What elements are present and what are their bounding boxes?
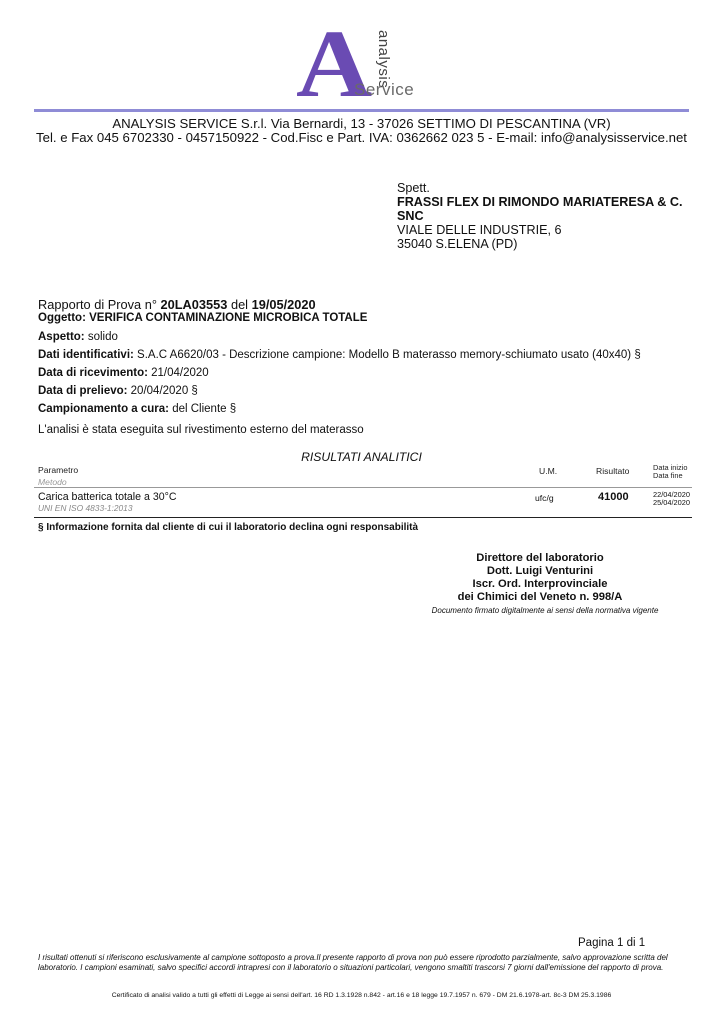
header-divider xyxy=(34,109,689,112)
col-header-risultato: Risultato xyxy=(596,466,629,476)
col-header-dates: Data inizio Data fine xyxy=(653,464,688,480)
analysis-note: L'analisi è stata eseguita sul rivestime… xyxy=(38,424,364,436)
logo-word-service: Service xyxy=(354,80,414,100)
col-header-metodo: Metodo xyxy=(38,477,67,487)
cell-metodo: UNI EN ISO 4833-1:2013 xyxy=(38,503,133,513)
field-label: Data di prelievo: xyxy=(38,385,127,397)
report-title: Rapporto di Prova n° 20LA03553 del 19/05… xyxy=(38,297,316,312)
client-info-footnote: § Informazione fornita dal cliente di cu… xyxy=(38,522,418,533)
field-value: 21/04/2020 xyxy=(148,367,209,379)
cell-risultato: 41000 xyxy=(598,491,629,503)
signature-name: Dott. Luigi Venturini xyxy=(400,565,680,578)
field-value: S.A.C A6620/03 - Descrizione campione: M… xyxy=(134,349,641,361)
report-prefix: Rapporto di Prova n° xyxy=(38,297,161,312)
field-label: Data di ricevimento: xyxy=(38,367,148,379)
field-value: 20/04/2020 § xyxy=(127,385,197,397)
signature-registration: Iscr. Ord. Interprovinciale xyxy=(400,578,680,591)
page-number: Pagina 1 di 1 xyxy=(578,937,645,949)
recipient-name: FRASSI FLEX DI RIMONDO MARIATERESA & C. xyxy=(397,195,682,209)
field-value: solido xyxy=(85,331,118,343)
signature-role: Direttore del laboratorio xyxy=(400,552,680,565)
recipient-salutation: Spett. xyxy=(397,181,682,195)
col-header-data-fine: Data fine xyxy=(653,472,688,480)
field-label: Dati identificativi: xyxy=(38,349,134,361)
field-value: VERIFICA CONTAMINAZIONE MICROBICA TOTALE xyxy=(86,312,368,324)
recipient-name-cont: SNC xyxy=(397,209,682,223)
certificate-legal-note: Certificato di analisi valido a tutti gl… xyxy=(0,992,723,999)
results-title: RISULTATI ANALITICI xyxy=(0,450,723,464)
field-oggetto: Oggetto: VERIFICA CONTAMINAZIONE MICROBI… xyxy=(38,311,367,325)
digital-signature-note: Documento firmato digitalmente ai sensi … xyxy=(400,606,690,615)
disclaimer-text: I risultati ottenuti si riferiscono escl… xyxy=(38,953,690,973)
field-value: del Cliente § xyxy=(169,403,236,415)
col-header-um: U.M. xyxy=(539,466,557,476)
col-header-parametro: Parametro xyxy=(38,465,78,475)
company-contacts: Tel. e Fax 045 6702330 - 0457150922 - Co… xyxy=(0,130,723,145)
report-del: del xyxy=(227,297,251,312)
signature-registration-cont: dei Chimici del Veneto n. 998/A xyxy=(400,591,680,604)
recipient-city: 35040 S.ELENA (PD) xyxy=(397,237,682,251)
field-label: Aspetto: xyxy=(38,331,85,343)
cell-dates: 22/04/2020 25/04/2020 xyxy=(653,491,690,507)
field-aspetto: Aspetto: solido xyxy=(38,330,118,344)
report-number: 20LA03553 xyxy=(161,297,228,312)
recipient-street: VIALE DELLE INDUSTRIE, 6 xyxy=(397,223,682,237)
table-bottom-divider xyxy=(34,517,692,518)
field-campionamento: Campionamento a cura: del Cliente § xyxy=(38,402,236,416)
cell-parametro: Carica batterica totale a 30°C xyxy=(38,491,177,503)
company-address: ANALYSIS SERVICE S.r.l. Via Bernardi, 13… xyxy=(0,116,723,131)
company-logo: A analysis Service xyxy=(296,24,426,104)
signature-block: Direttore del laboratorio Dott. Luigi Ve… xyxy=(400,552,680,604)
report-date: 19/05/2020 xyxy=(252,297,316,312)
field-label: Campionamento a cura: xyxy=(38,403,169,415)
cell-um: ufc/g xyxy=(535,493,554,503)
field-dati-identificativi: Dati identificativi: S.A.C A6620/03 - De… xyxy=(38,348,641,362)
field-data-prelievo: Data di prelievo: 20/04/2020 § xyxy=(38,384,198,398)
cell-data-fine: 25/04/2020 xyxy=(653,499,690,507)
table-header-divider xyxy=(34,487,692,488)
recipient-block: Spett. FRASSI FLEX DI RIMONDO MARIATERES… xyxy=(397,181,682,251)
field-data-ricevimento: Data di ricevimento: 21/04/2020 xyxy=(38,366,209,380)
field-label: Oggetto: xyxy=(38,312,86,324)
